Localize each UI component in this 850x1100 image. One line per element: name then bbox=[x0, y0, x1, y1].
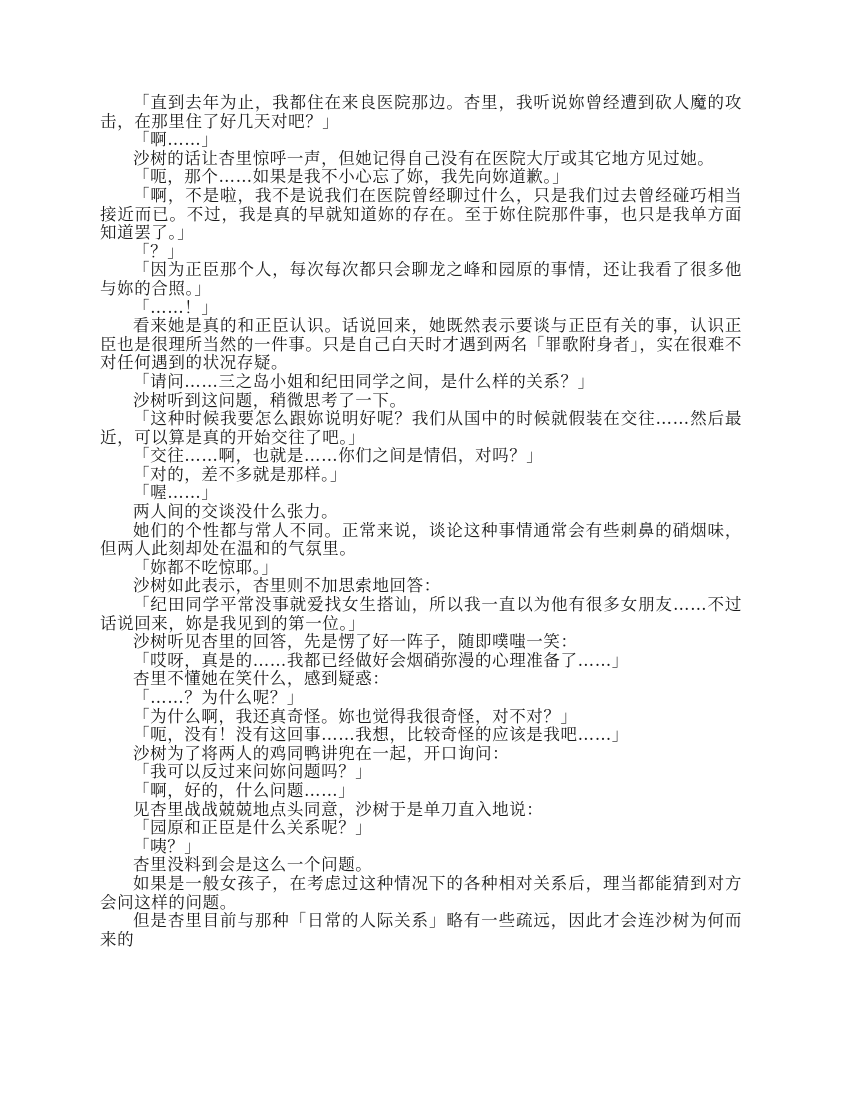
paragraph: 「呃，没有！没有这回事……我想，比较奇怪的应该是我吧……」 bbox=[100, 726, 742, 745]
paragraph: 「啊……」 bbox=[100, 131, 742, 150]
paragraph: 「园原和正臣是什么关系呢？」 bbox=[100, 819, 742, 838]
paragraph: 沙树如此表示，杏里则不加思索地回答： bbox=[100, 577, 742, 596]
paragraph: 「啊，好的，什么问题……」 bbox=[100, 782, 742, 801]
paragraph: 「我可以反过来问妳问题吗？」 bbox=[100, 763, 742, 782]
paragraph: 沙树为了将两人的鸡同鸭讲兜在一起，开口询问： bbox=[100, 745, 742, 764]
paragraph: 「请问……三之岛小姐和纪田同学之间，是什么样的关系？」 bbox=[100, 373, 742, 392]
paragraph: 「直到去年为止，我都住在来良医院那边。杏里，我听说妳曾经遭到砍人魔的攻击，在那里… bbox=[100, 94, 742, 131]
paragraph: 「这种时候我要怎么跟妳说明好呢？我们从国中的时候就假装在交往……然后最近，可以算… bbox=[100, 410, 742, 447]
paragraph: 见杏里战战兢兢地点头同意，沙树于是单刀直入地说： bbox=[100, 801, 742, 820]
paragraph: 「哎呀，真是的……我都已经做好会烟硝弥漫的心理准备了……」 bbox=[100, 652, 742, 671]
paragraph: 「？」 bbox=[100, 243, 742, 262]
paragraph: 「因为正臣那个人，每次每次都只会聊龙之峰和园原的事情，还让我看了很多他与妳的合照… bbox=[100, 261, 742, 298]
paragraph: 看来她是真的和正臣认识。话说回来，她既然表示要谈与正臣有关的事，认识正臣也是很理… bbox=[100, 317, 742, 373]
paragraph: 沙树听到这问题，稍微思考了一下。 bbox=[100, 392, 742, 411]
paragraph: 杏里不懂她在笑什么，感到疑惑： bbox=[100, 670, 742, 689]
paragraph: 两人间的交谈没什么张力。 bbox=[100, 503, 742, 522]
paragraph: 如果是一般女孩子，在考虑过这种情况下的各种相对关系后，理当都能猜到对方会问这样的… bbox=[100, 875, 742, 912]
paragraph: 但是杏里目前与那种「日常的人际关系」略有一些疏远，因此才会连沙树为何而来的 bbox=[100, 912, 742, 949]
paragraph: 「交往……啊，也就是……你们之间是情侣，对吗？」 bbox=[100, 447, 742, 466]
paragraph: 「……？为什么呢？」 bbox=[100, 689, 742, 708]
paragraph: 「啊，不是啦，我不是说我们在医院曾经聊过什么，只是我们过去曾经碰巧相当接近而已。… bbox=[100, 187, 742, 243]
paragraph: 「呃，那个……如果是我不小心忘了妳，我先向妳道歉。」 bbox=[100, 168, 742, 187]
paragraph: 「对的，差不多就是那样。」 bbox=[100, 466, 742, 485]
document-page: 「直到去年为止，我都住在来良医院那边。杏里，我听说妳曾经遭到砍人魔的攻击，在那里… bbox=[100, 94, 742, 949]
paragraph: 沙树听见杏里的回答，先是愣了好一阵子，随即噗嗤一笑： bbox=[100, 633, 742, 652]
paragraph: 「喔……」 bbox=[100, 484, 742, 503]
paragraph: 「……！」 bbox=[100, 299, 742, 318]
paragraph: 「纪田同学平常没事就爱找女生搭讪，所以我一直以为他有很多女朋友……不过话说回来，… bbox=[100, 596, 742, 633]
paragraph: 「为什么啊，我还真奇怪。妳也觉得我很奇怪，对不对？」 bbox=[100, 708, 742, 727]
paragraph: 沙树的话让杏里惊呼一声，但她记得自己没有在医院大厅或其它地方见过她。 bbox=[100, 150, 742, 169]
paragraph: 她们的个性都与常人不同。正常来说，谈论这种事情通常会有些刺鼻的硝烟味，但两人此刻… bbox=[100, 522, 742, 559]
paragraph: 杏里没料到会是这么一个问题。 bbox=[100, 856, 742, 875]
paragraph: 「咦？」 bbox=[100, 838, 742, 857]
paragraph: 「妳都不吃惊耶。」 bbox=[100, 559, 742, 578]
